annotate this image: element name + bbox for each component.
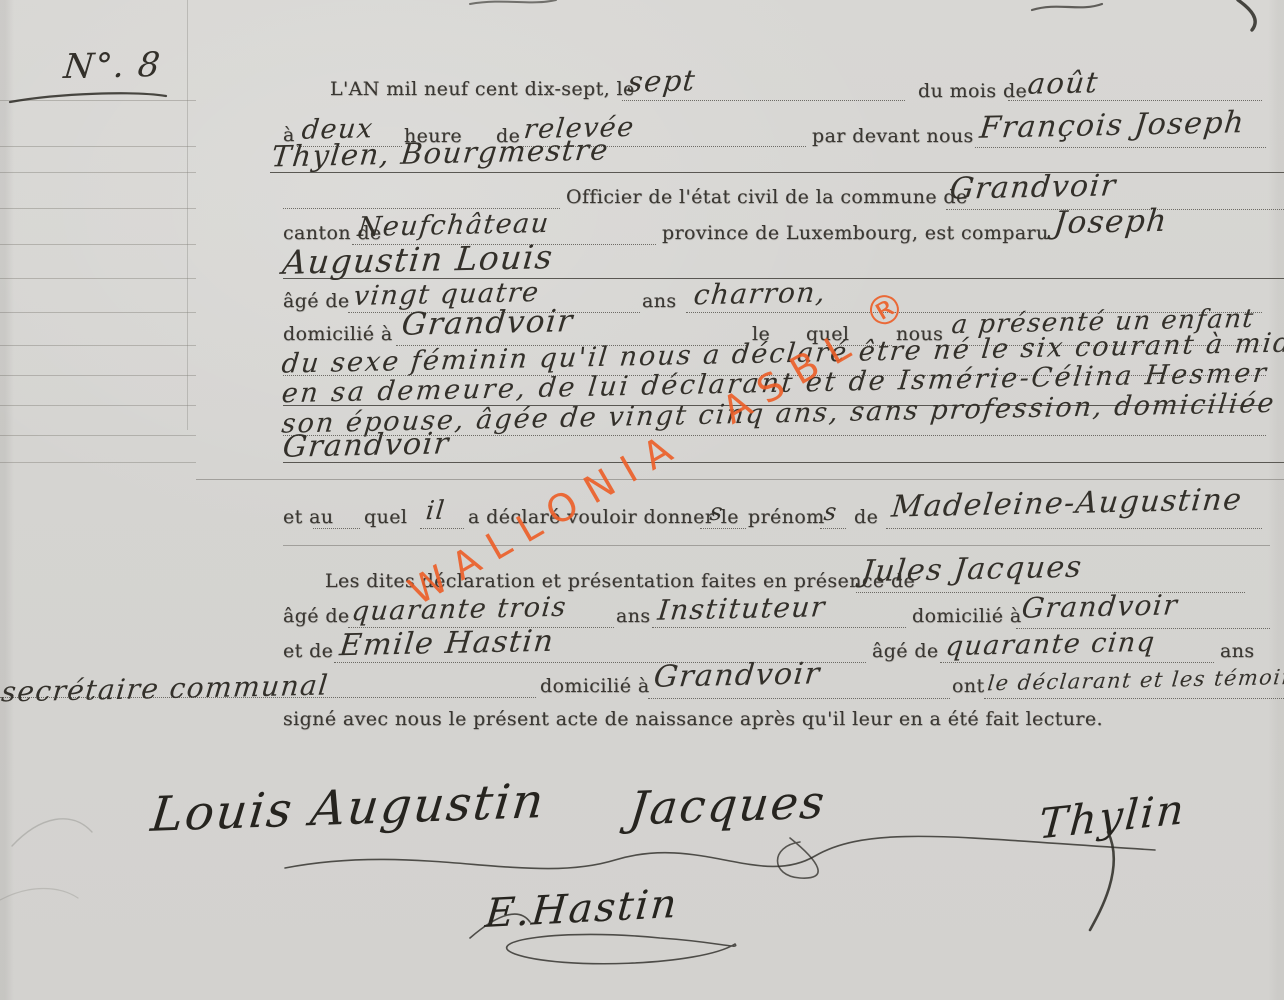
- signature-officer: Thylin: [1037, 785, 1187, 849]
- margin-rule: [0, 405, 196, 406]
- rule-line: [283, 462, 1284, 463]
- handwritten-declarant-firstname: Joseph: [1052, 203, 1169, 241]
- handwritten-child-firstnames: Madeleine-Augustine: [890, 482, 1244, 524]
- fold-line: [187, 0, 188, 430]
- printed-segment: et de: [283, 640, 333, 662]
- registered-trademark-icon: ®: [856, 281, 914, 341]
- handwritten-day: sept: [626, 63, 697, 98]
- rule-line: [313, 528, 360, 529]
- rule-line: [283, 545, 1270, 546]
- scanned-birth-record: N°. 8 L'AN mil neuf cent dix-sept, le se…: [0, 0, 1284, 1000]
- margin-rule: [0, 172, 196, 173]
- rule-line: [196, 479, 1284, 480]
- printed-segment: domicilié à: [912, 605, 1022, 627]
- margin-rule: [0, 312, 196, 313]
- handwritten-officer-firstnames: François Joseph: [978, 105, 1247, 146]
- printed-segment: âgé de: [283, 605, 350, 627]
- handwritten-commune: Grandvoir: [948, 168, 1118, 206]
- handwritten-declarant-name: Augustin Louis: [281, 237, 556, 282]
- printed-segment: quel: [364, 506, 407, 528]
- printed-segment: ans: [1220, 640, 1255, 662]
- signature-witness2: E.Hastin: [483, 881, 680, 937]
- margin-rule: [0, 146, 196, 147]
- printed-segment: L'AN mil neuf cent dix-sept, le: [330, 78, 635, 100]
- handwritten-il: il: [424, 496, 447, 526]
- margin-rule: [0, 244, 196, 245]
- handwritten-plural-s: s: [709, 498, 726, 526]
- handwritten-witness2-profession: secrétaire communal: [0, 669, 330, 709]
- handwritten-signers-note: le déclarant et les témoins: [986, 665, 1284, 696]
- margin-rule: [0, 435, 196, 436]
- margin-rule: [0, 208, 196, 209]
- handwritten-witness2-domicile: Grandvoir: [652, 656, 822, 694]
- rule-line: [984, 698, 1284, 699]
- rule-line: [420, 528, 464, 529]
- rule-line: [975, 147, 1266, 148]
- printed-segment: de: [854, 506, 878, 528]
- signature-witness1: Jacques: [627, 775, 829, 836]
- printed-segment: ont: [952, 675, 985, 697]
- margin-rule: [0, 100, 196, 101]
- handwritten-domicile: Grandvoir: [400, 303, 575, 343]
- handwritten-officer-name-title: Thylen, Bourgmestre: [270, 132, 611, 173]
- handwritten-witness1-age: quarante trois: [350, 592, 568, 627]
- rule-line: [700, 528, 746, 529]
- act-number: N°. 8: [62, 45, 163, 87]
- rule-line: [622, 100, 905, 101]
- printed-segment: signé avec nous le présent acte de naiss…: [283, 708, 1103, 730]
- printed-segment: domicilié à: [540, 675, 650, 697]
- printed-segment: du mois de: [918, 80, 1027, 102]
- printed-segment: prénom: [748, 506, 825, 528]
- handwritten-profession: charron,: [692, 276, 828, 312]
- handwritten-month: août: [1026, 65, 1100, 100]
- rule-line: [270, 172, 1284, 173]
- handwritten-mother-domicile: Grandvoir: [281, 426, 451, 464]
- printed-segment: par devant nous: [812, 125, 974, 147]
- rule-line: [652, 627, 906, 628]
- printed-segment: ans: [642, 290, 677, 312]
- handwritten-witness2-age: quarante cinq: [944, 627, 1157, 662]
- margin-rule: [0, 375, 196, 376]
- margin-rule: [0, 345, 196, 346]
- rule-line: [820, 528, 846, 529]
- handwritten-plural-s: s: [823, 498, 840, 526]
- handwritten-witness1-name: Jules Jacques: [860, 550, 1084, 590]
- printed-segment: âgé de: [872, 640, 939, 662]
- printed-segment: Officier de l'état civil de la commune d…: [566, 186, 968, 208]
- rule-line: [886, 528, 1262, 529]
- margin-rule: [0, 278, 196, 279]
- rule-line: [940, 662, 1214, 663]
- rule-line: [648, 698, 950, 699]
- printed-segment: province de Luxembourg, est comparu: [662, 222, 1049, 244]
- handwritten-witness1-domicile: Grandvoir: [1020, 588, 1180, 624]
- printed-segment: ans: [616, 605, 651, 627]
- margin-rule: [0, 462, 196, 463]
- signature-declarant: Louis Augustin: [148, 773, 548, 843]
- handwritten-witness2-name: Emile Hastin: [338, 624, 556, 663]
- printed-segment: âgé de: [283, 290, 350, 312]
- handwritten-witness1-profession: Instituteur: [656, 590, 827, 627]
- printed-segment: et au: [283, 506, 333, 528]
- printed-segment: domicilié à: [283, 323, 393, 345]
